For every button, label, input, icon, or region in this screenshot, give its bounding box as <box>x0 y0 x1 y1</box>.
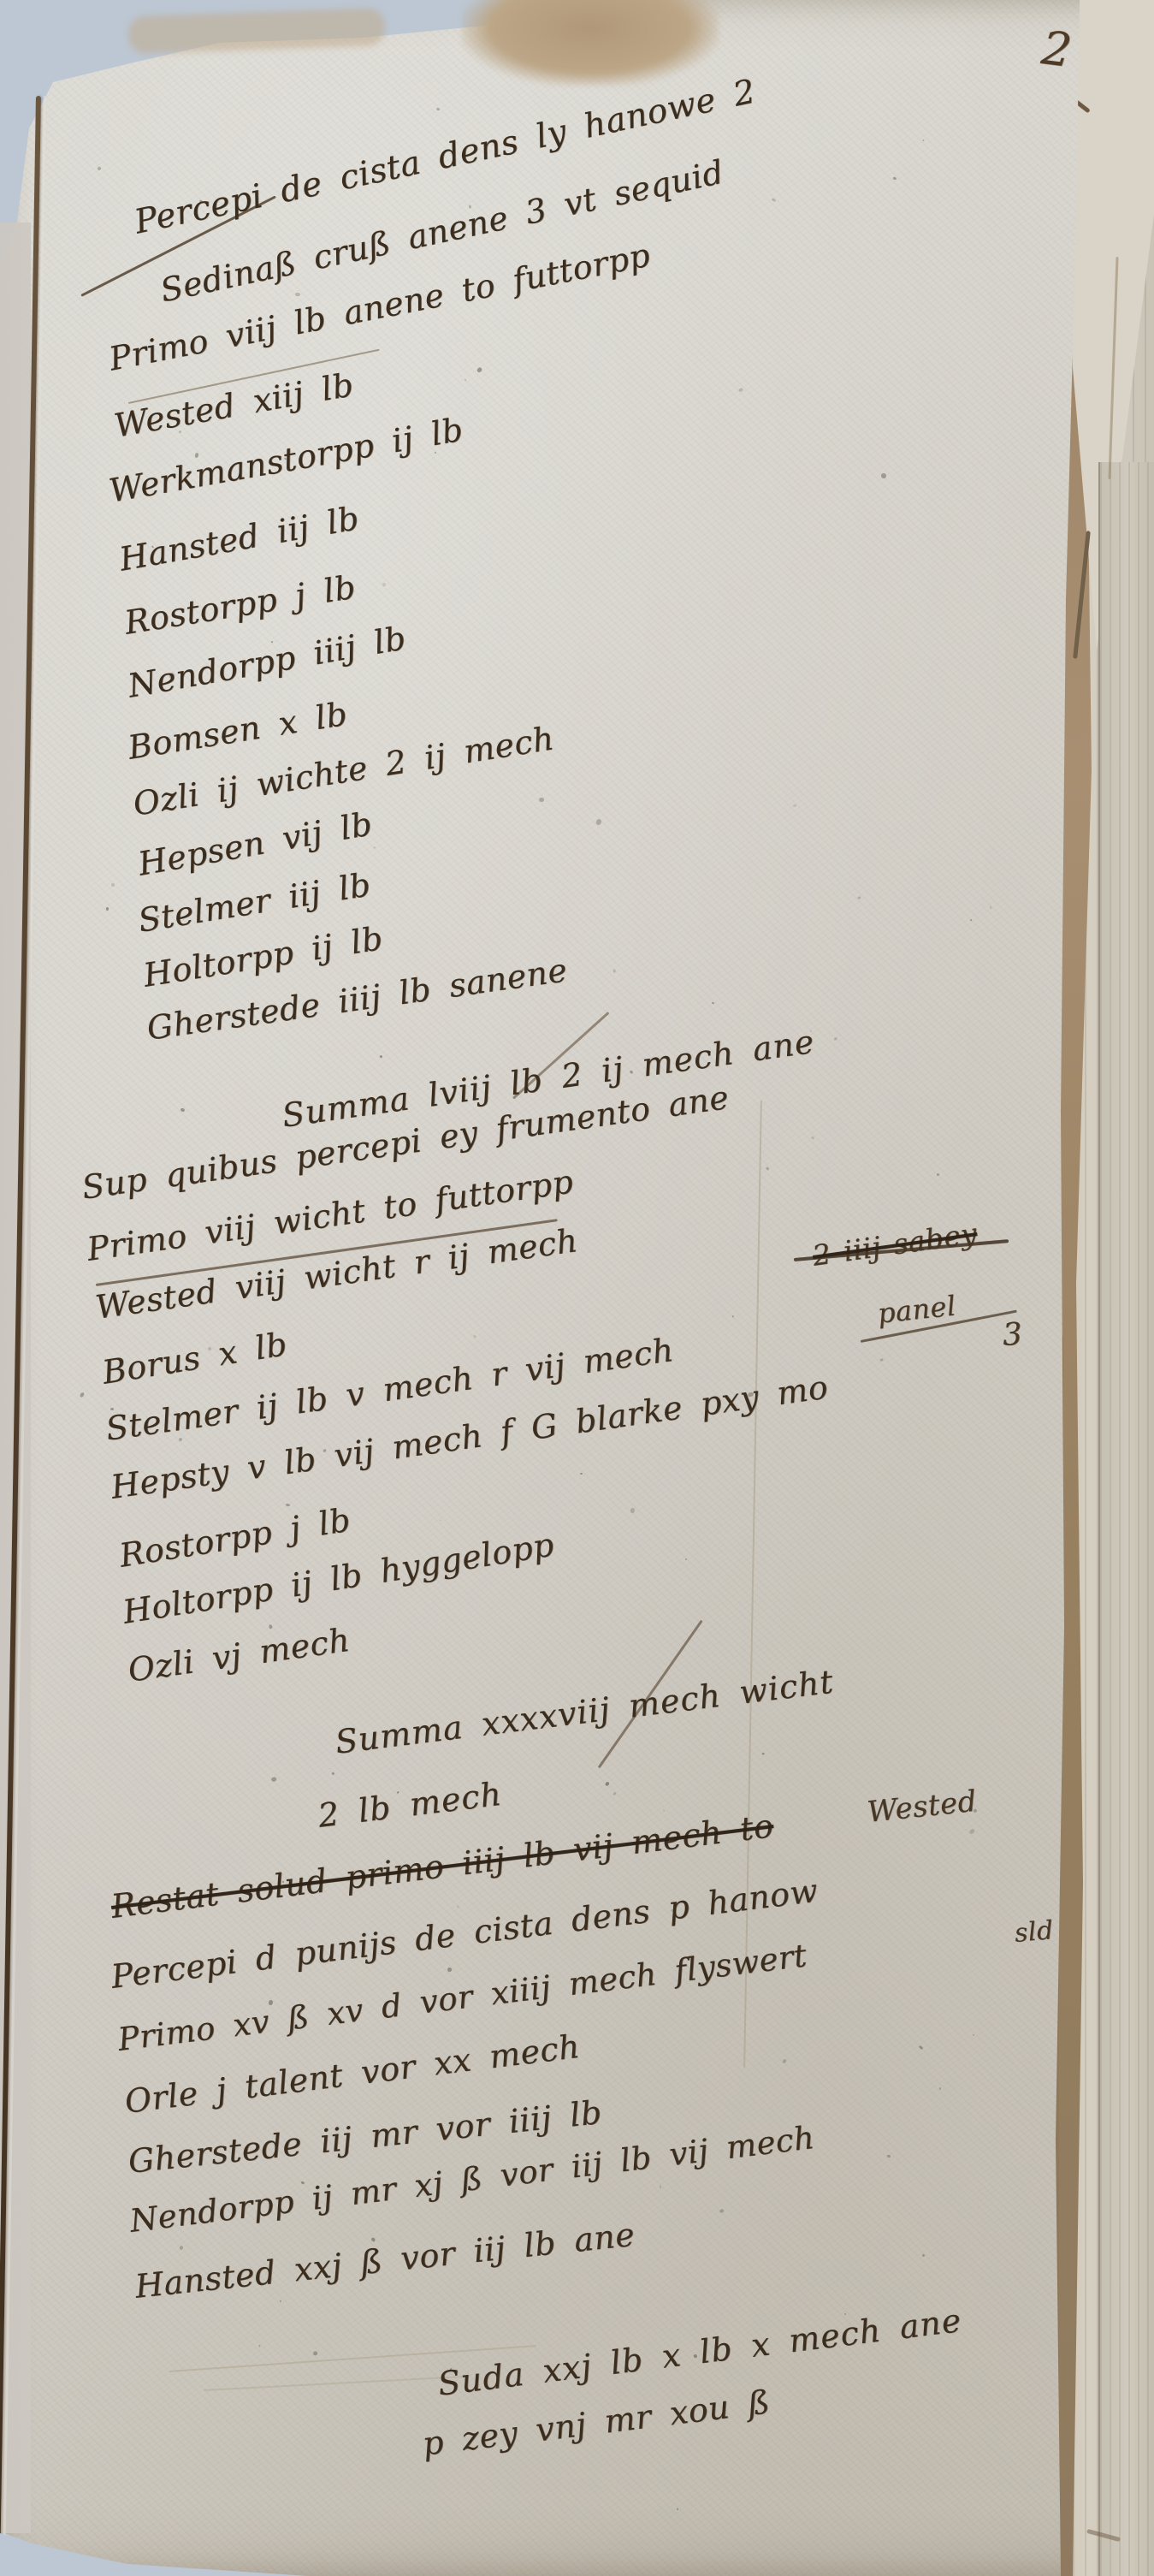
folio-number: 2 <box>1039 21 1074 78</box>
manuscript-line: Ozli vj mech <box>126 1621 352 1689</box>
margin-note: 2 iiij sabey <box>810 1216 979 1273</box>
manuscript-line: Suda xxj lb x lb x mech ane <box>435 2301 963 2403</box>
margin-note: Wested <box>866 1784 979 1830</box>
manuscript-line: Hansted iij lb <box>116 499 362 579</box>
manuscript-line: Summa xxxxviij mech wicht <box>333 1663 836 1761</box>
manuscript-line: Wested xiij lb <box>111 365 357 445</box>
handwritten-text: 2 Percepi de cista dens ly hanowe 2Sedin… <box>0 0 1154 2576</box>
margin-note: 3 <box>1002 1316 1024 1353</box>
manuscript-photograph: 2 Percepi de cista dens ly hanowe 2Sedin… <box>0 0 1154 2576</box>
manuscript-line: 2 lb mech <box>316 1775 504 1835</box>
manuscript-line: Borus x lb <box>100 1325 290 1392</box>
margin-note: panel <box>876 1290 957 1330</box>
margin-note: sld <box>1013 1915 1055 1949</box>
manuscript-line: Rostorpp j lb <box>122 568 358 642</box>
